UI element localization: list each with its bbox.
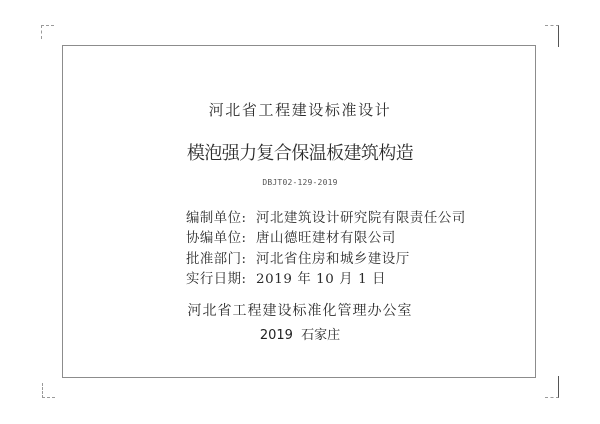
crop-mark-bottom-left [42, 383, 55, 398]
standard-code: DBJT02-129-2019 [0, 178, 600, 187]
main-title: 模泡强力复合保温板建筑构造 [0, 139, 600, 165]
year-and-place: 2019 石家庄 [0, 324, 600, 343]
info-row-effective-date: 实行日期:2019 年 10 月 1 日 [186, 270, 466, 290]
series-title: 河北省工程建设标准设计 [0, 99, 600, 120]
info-row-compiler: 编制单位:河北建筑设计研究院有限责任公司 [186, 209, 466, 229]
info-row-co-compiler: 协编单位:唐山德旺建材有限公司 [186, 229, 466, 249]
info-value: 河北省住房和城乡建设厅 [256, 252, 410, 267]
crop-mark-top-right [545, 25, 559, 47]
info-value: 2019 年 10 月 1 日 [256, 272, 386, 287]
crop-mark-bottom-right [545, 376, 559, 398]
info-label: 协编单位: [186, 229, 256, 249]
info-value: 河北建筑设计研究院有限责任公司 [256, 211, 466, 226]
info-row-approver: 批准部门:河北省住房和城乡建设厅 [186, 250, 466, 270]
info-label: 批准部门: [186, 250, 256, 270]
info-label: 编制单位: [186, 209, 256, 229]
crop-mark-top-left [41, 25, 54, 39]
info-value: 唐山德旺建材有限公司 [256, 231, 396, 246]
issuing-office: 河北省工程建设标准化管理办公室 [0, 300, 600, 320]
info-block: 编制单位:河北建筑设计研究院有限责任公司 协编单位:唐山德旺建材有限公司 批准部… [186, 209, 466, 290]
info-label: 实行日期: [186, 270, 256, 290]
